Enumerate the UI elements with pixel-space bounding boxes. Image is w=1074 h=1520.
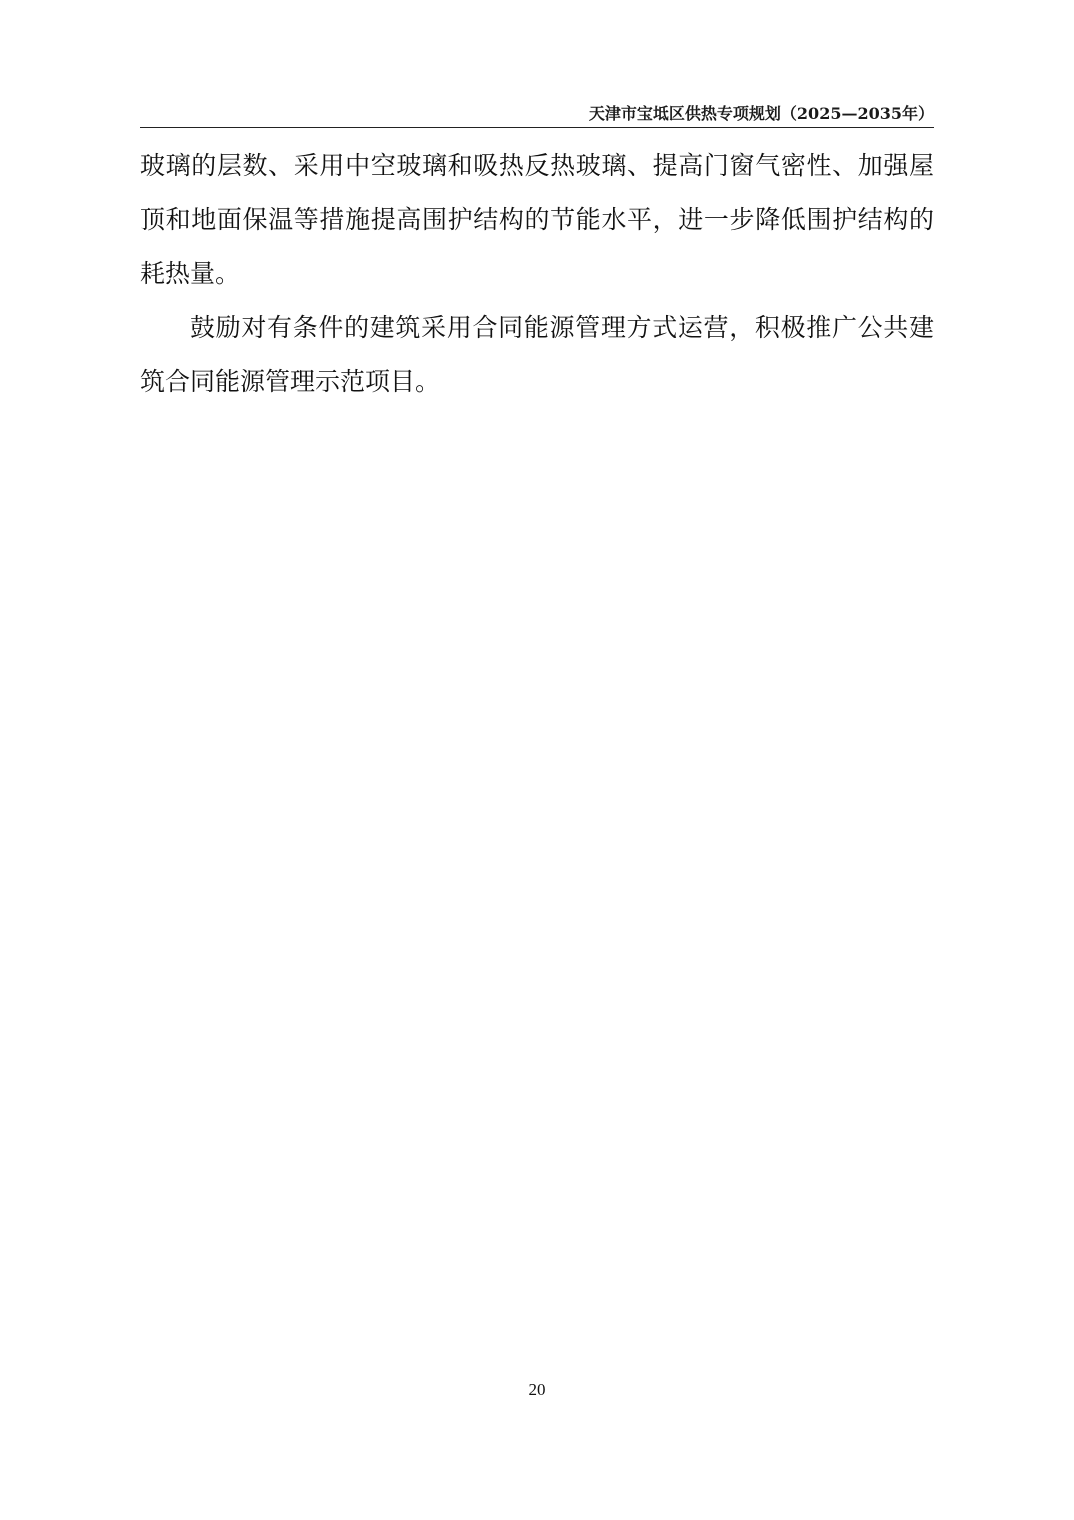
- paragraph-continuation: 玻璃的层数、采用中空玻璃和吸热反热玻璃、提高门窗气密性、加强屋顶和地面保温等措施…: [140, 139, 934, 301]
- header-rule-divider: [140, 127, 934, 128]
- body-text: 玻璃的层数、采用中空玻璃和吸热反热玻璃、提高门窗气密性、加强屋顶和地面保温等措施…: [140, 139, 934, 409]
- page-number: 20: [0, 1380, 1074, 1400]
- paragraph-contract-energy-management: 鼓励对有条件的建筑采用合同能源管理方式运营，积极推广公共建筑合同能源管理示范项目…: [140, 301, 934, 409]
- document-page: 天津市宝坻区供热专项规划（2025—2035年） 玻璃的层数、采用中空玻璃和吸热…: [0, 0, 1074, 1520]
- running-header-title: 天津市宝坻区供热专项规划（2025—2035年）: [140, 104, 934, 124]
